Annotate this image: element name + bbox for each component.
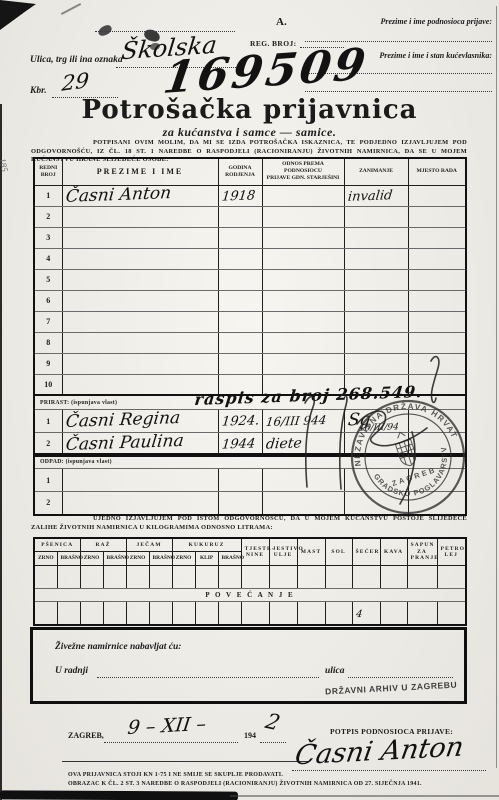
sub-col-zrno: ZRNO: [80, 552, 103, 566]
row-number: 1: [34, 410, 62, 433]
member-row: 4: [34, 248, 466, 269]
sub-col-zrno: ZRNO: [172, 552, 195, 566]
supplies-col-ulje: JESTIVO ULJE: [269, 538, 297, 566]
prirast-name-handwritten: Časni Regina: [64, 410, 180, 431]
row-number: 7: [34, 311, 62, 332]
row-number: 2: [34, 206, 62, 227]
margin-note: 185: [0, 157, 10, 172]
col-header-workplace: MJESTO RADA: [408, 158, 466, 185]
street-label: Ulica, trg ili ina oznaka: [30, 55, 123, 65]
street-field-label: ulica: [325, 666, 345, 676]
member-occupation-handwritten: invalid: [347, 189, 393, 204]
form-subtitle: za kućanstva i samce — samice.: [0, 125, 499, 140]
member-row: 8: [34, 332, 466, 353]
scanned-ration-form: 185 A. REG. BROJ: Prezime i ime podnosio…: [0, 0, 499, 800]
fineprint-price: OVA PRIJAVNICA STOJI KN 1·75 I NE SMIJE …: [68, 772, 283, 778]
supplies-col-psenica: PŠENICA: [34, 538, 80, 552]
sub-col-brasno: BRAŠNO: [218, 552, 241, 566]
sub-col-brasno: BRAŠNO: [57, 552, 80, 566]
sub-col-brasno: BRAŠNO: [149, 552, 172, 566]
pencil-scribble: [61, 3, 81, 15]
col-header-year: GODINA RODJENJA: [218, 158, 262, 185]
row-number: 8: [34, 332, 62, 353]
row-number: 3: [34, 227, 62, 248]
shop-label: U radnji: [55, 666, 88, 676]
sub-col-brasno: BRAŠNO: [103, 552, 126, 566]
col-header-relation: ODNOS PREMA PODNOSIOCU PRIJAVE GDN. STAR…: [262, 158, 344, 185]
prirast-relation-handwritten: diete: [265, 436, 302, 451]
form-title: Potrošačka prijavnica: [0, 95, 499, 125]
scan-left-edge: [0, 104, 2, 800]
street-field-line: [348, 677, 453, 678]
date-line: [104, 742, 238, 743]
supplies-col-sol: SOL: [325, 538, 352, 566]
row-number: 1: [34, 469, 62, 492]
supplies-pen-mark: 4: [355, 610, 362, 620]
supplies-col-sapun: SAPUN ZA PRANJE: [407, 538, 437, 566]
row-number: 5: [34, 269, 62, 290]
member-row: 1 Časni Anton 1918 invalid: [34, 185, 466, 206]
sub-col-zrno: ZRNO: [34, 552, 57, 566]
city-label: ZAGREB,: [68, 731, 104, 740]
supplies-col-petrolej: PETRO- LEJ: [437, 538, 466, 566]
year-line: [260, 742, 286, 743]
house-number-handwritten: 29: [61, 70, 90, 95]
supplies-value-row: 4: [34, 602, 466, 626]
supplies-col-mast: MAST: [297, 538, 325, 566]
purchase-line: Živežne namirnice nabavljat ću:: [55, 642, 181, 652]
household-members-table: REDNI BROJ PREZIME I IME GODINA RODJENJA…: [33, 157, 467, 396]
member-row: 6: [34, 290, 466, 311]
supplies-value-row: [34, 566, 466, 589]
sub-col-klip: KLIP: [195, 552, 218, 566]
prirast-year-handwritten: 1944: [221, 437, 256, 451]
shop-line: [97, 677, 319, 678]
scan-bottom-line: [230, 795, 499, 797]
member-row: 7: [34, 311, 466, 332]
row-number: 10: [34, 374, 62, 395]
scan-bottom-smudge: [0, 790, 238, 800]
supplies-table: PŠENICA RAŽ JEČAM KUKURUZ TJESTE- NINE J…: [33, 537, 467, 626]
prirast-label: PRIRAST: (ispunjava vlast): [40, 400, 117, 406]
stamp-coat-of-arms: [392, 430, 418, 468]
row-number: 9: [34, 353, 62, 374]
fineprint-regulation: OBRAZAC K ČL. 2 ST. 3 NAREDBE O RASPODJE…: [68, 781, 422, 787]
supplies-col-raz: RAŽ: [80, 538, 126, 552]
year-prefix: 194: [244, 731, 256, 740]
odpad-label: ODPAD: (ispunjava vlast): [40, 459, 112, 465]
col-header-name: PREZIME I IME: [62, 158, 218, 185]
increase-band: P O V E Ć A N J E: [34, 589, 466, 602]
applicant-signature-handwritten: Časni Anton: [293, 734, 466, 770]
supplies-col-secer: ŠEĆER: [352, 538, 380, 566]
col-header-num: REDNI BROJ: [34, 158, 62, 185]
member-row: 3: [34, 227, 466, 248]
signature-line: [292, 770, 486, 771]
section-letter: A.: [276, 16, 287, 28]
supplies-col-kava: KAVA: [380, 538, 407, 566]
prirast-relation-handwritten: 16/III 944: [265, 414, 327, 428]
supplies-col-kukuruz: KUKURUZ: [172, 538, 241, 552]
scan-corner-mark: [0, 0, 36, 30]
supplies-col-jecam: JEČAM: [126, 538, 172, 552]
footer-separator: [62, 761, 308, 762]
sub-col-zrno: ZRNO: [126, 552, 149, 566]
col-header-occupation: ZANIMANJE: [344, 158, 408, 185]
member-name-handwritten: Časni Anton: [64, 185, 171, 206]
row-number: 4: [34, 248, 62, 269]
date-handwritten: 9 – XII –: [127, 715, 208, 738]
row-number: 6: [34, 290, 62, 311]
supplies-col-tjestenine: TJESTE- NINE: [241, 538, 269, 566]
supplies-declaration: UJEDNO IZJAVLJUJEM POD ISTOM ODGOVORNOŠĆ…: [31, 515, 467, 532]
prirast-year-handwritten: 1924.: [221, 414, 260, 428]
year-handwritten: 2: [263, 711, 282, 734]
row-number: 2: [34, 492, 62, 515]
archive-stamp-text: DRŽAVNI ARHIV U ZAGREBU: [325, 680, 458, 697]
member-row: 9: [34, 353, 466, 374]
member-year-handwritten: 1918: [221, 189, 256, 203]
prirast-name-handwritten: Časni Paulina: [64, 433, 184, 454]
member-row: 2: [34, 206, 466, 227]
applicant-name-label: Prezime i ime podnosioca prijave:: [340, 17, 492, 26]
purchase-declaration-box: Živežne namirnice nabavljat ću: U radnji…: [30, 627, 467, 704]
member-row: 5: [34, 269, 466, 290]
row-number: 1: [34, 185, 62, 206]
registration-number-handwritten: 169509: [161, 43, 371, 101]
